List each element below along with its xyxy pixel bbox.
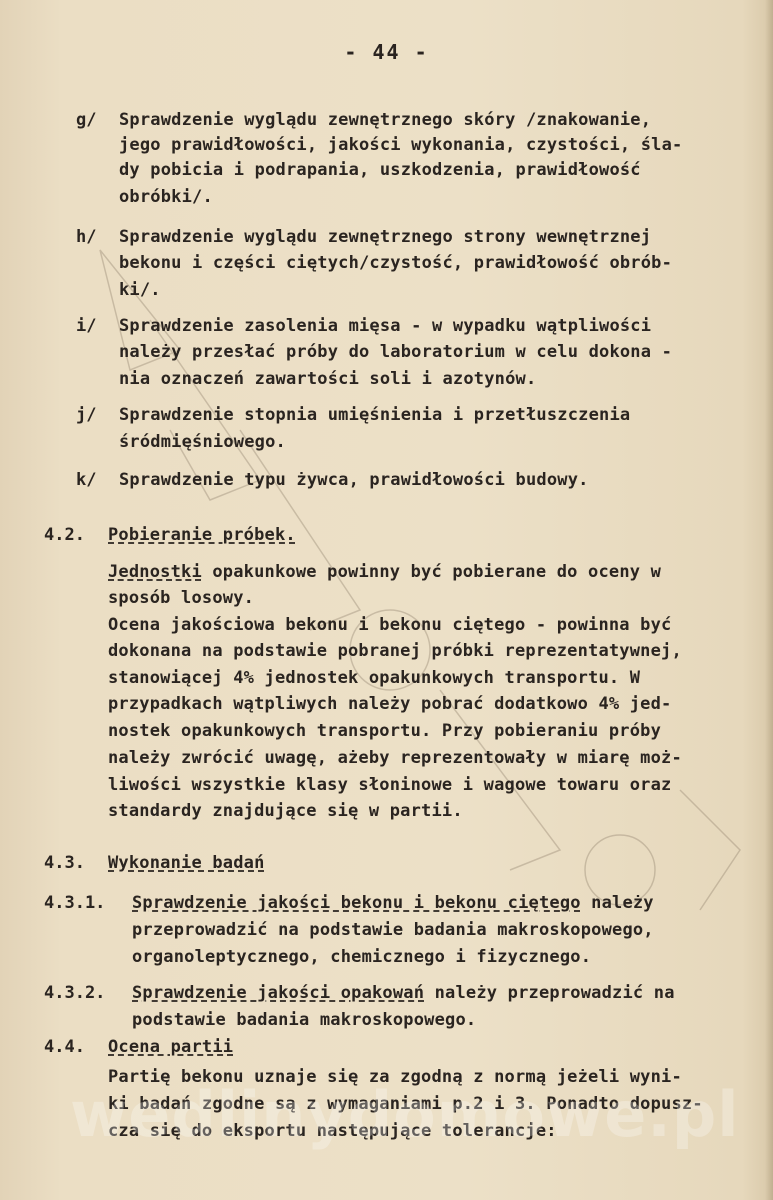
section-number-4-3: 4.3. <box>44 853 85 873</box>
para-text: należy przeprowadzić na <box>424 983 674 1003</box>
section-number-4-3-1: 4.3.1. <box>44 893 105 913</box>
list-label-j: j/ <box>76 405 96 425</box>
underlined-heading: Sprawdzenie jakości bekonu i bekonu cięt… <box>132 893 581 913</box>
para-text: należy <box>581 893 654 913</box>
item-i-line-1: Sprawdzenie zasolenia mięsa - w wypadku … <box>119 316 651 336</box>
section-4-3-1-line3: organoleptycznego, chemicznego i fizyczn… <box>132 947 591 967</box>
section-4-2-para2-line3: stanowiącej 4% jednostek opakunkowych tr… <box>108 668 640 688</box>
page-number: - 44 - <box>0 40 773 64</box>
list-label-k: k/ <box>76 470 96 490</box>
para-text: opakunkowe powinny być pobierane do ocen… <box>202 562 661 582</box>
section-number-4-2: 4.2. <box>44 525 85 545</box>
item-k-line-1: Sprawdzenie typu żywca, prawidłowości bu… <box>119 470 589 490</box>
section-number-4-3-2: 4.3.2. <box>44 983 105 1003</box>
section-4-3-2-line2: podstawie badania makroskopowego. <box>132 1010 476 1030</box>
section-4-2-para2-line4: przypadkach wątpliwych należy pobrać dod… <box>108 694 671 714</box>
section-4-2-para1-line2: sposób losowy. <box>108 588 254 608</box>
list-label-h: h/ <box>76 227 96 247</box>
section-4-3-1-line1: Sprawdzenie jakości bekonu i bekonu cięt… <box>132 893 654 913</box>
section-4-2-para2-line6: należy zwrócić uwagę, ażeby reprezentowa… <box>108 748 682 768</box>
list-label-g: g/ <box>76 110 96 130</box>
section-4-4-line3: cza się do eksportu następujące toleranc… <box>108 1121 557 1141</box>
item-j-line-2: śródmięśniowego. <box>119 432 286 452</box>
section-4-4-line1: Partię bekonu uznaje się za zgodną z nor… <box>108 1067 682 1087</box>
section-4-4-line2: ki badań zgodne są z wymaganiami p.2 i 3… <box>108 1094 703 1114</box>
page-edge-shadow <box>765 0 773 1200</box>
section-4-2-para2-line7: liwości wszystkie klasy słoninowe i wago… <box>108 775 671 795</box>
section-4-3-1-line2: przeprowadzić na podstawie badania makro… <box>132 920 654 940</box>
item-h-line-3: ki/. <box>119 280 161 300</box>
item-g-line-3: dy pobicia i podrapania, uszkodzenia, pr… <box>119 160 641 180</box>
underlined-heading: Sprawdzenie jakości opakowań <box>132 983 424 1003</box>
item-g-line-2: jego prawidłowości, jakości wykonania, c… <box>119 135 682 155</box>
section-4-2-para2-line2: dokonana na podstawie pobranej próbki re… <box>108 641 682 661</box>
item-g-line-1: Sprawdzenie wyglądu zewnętrznego skóry /… <box>119 110 651 130</box>
section-title-4-3: Wykonanie badań <box>108 853 265 873</box>
underlined-word: Jednostki <box>108 562 202 582</box>
section-title-4-2: Pobieranie próbek. <box>108 525 296 545</box>
item-g-line-4: obróbki/. <box>119 187 213 207</box>
section-4-2-para2-line1: Ocena jakościowa bekonu i bekonu ciętego… <box>108 615 671 635</box>
section-4-3-2-line1: Sprawdzenie jakości opakowań należy prze… <box>132 983 675 1003</box>
item-h-line-2: bekonu i części ciętych/czystość, prawid… <box>119 253 672 273</box>
item-i-line-2: należy przesłać próby do laboratorium w … <box>119 342 672 362</box>
list-label-i: i/ <box>76 316 96 336</box>
section-4-2-para2-line5: nostek opakunkowych transportu. Przy pob… <box>108 721 661 741</box>
section-number-4-4: 4.4. <box>44 1037 85 1057</box>
section-title-4-4: Ocena partii <box>108 1037 233 1057</box>
section-4-2-para2-line8: standardy znajdujące się w partii. <box>108 801 463 821</box>
item-h-line-1: Sprawdzenie wyglądu zewnętrznego strony … <box>119 227 651 247</box>
item-j-line-1: Sprawdzenie stopnia umięśnienia i przetł… <box>119 405 630 425</box>
item-i-line-3: nia oznaczeń zawartości soli i azotynów. <box>119 369 536 389</box>
section-4-2-para1-line1: Jednostki opakunkowe powinny być pobiera… <box>108 562 661 582</box>
